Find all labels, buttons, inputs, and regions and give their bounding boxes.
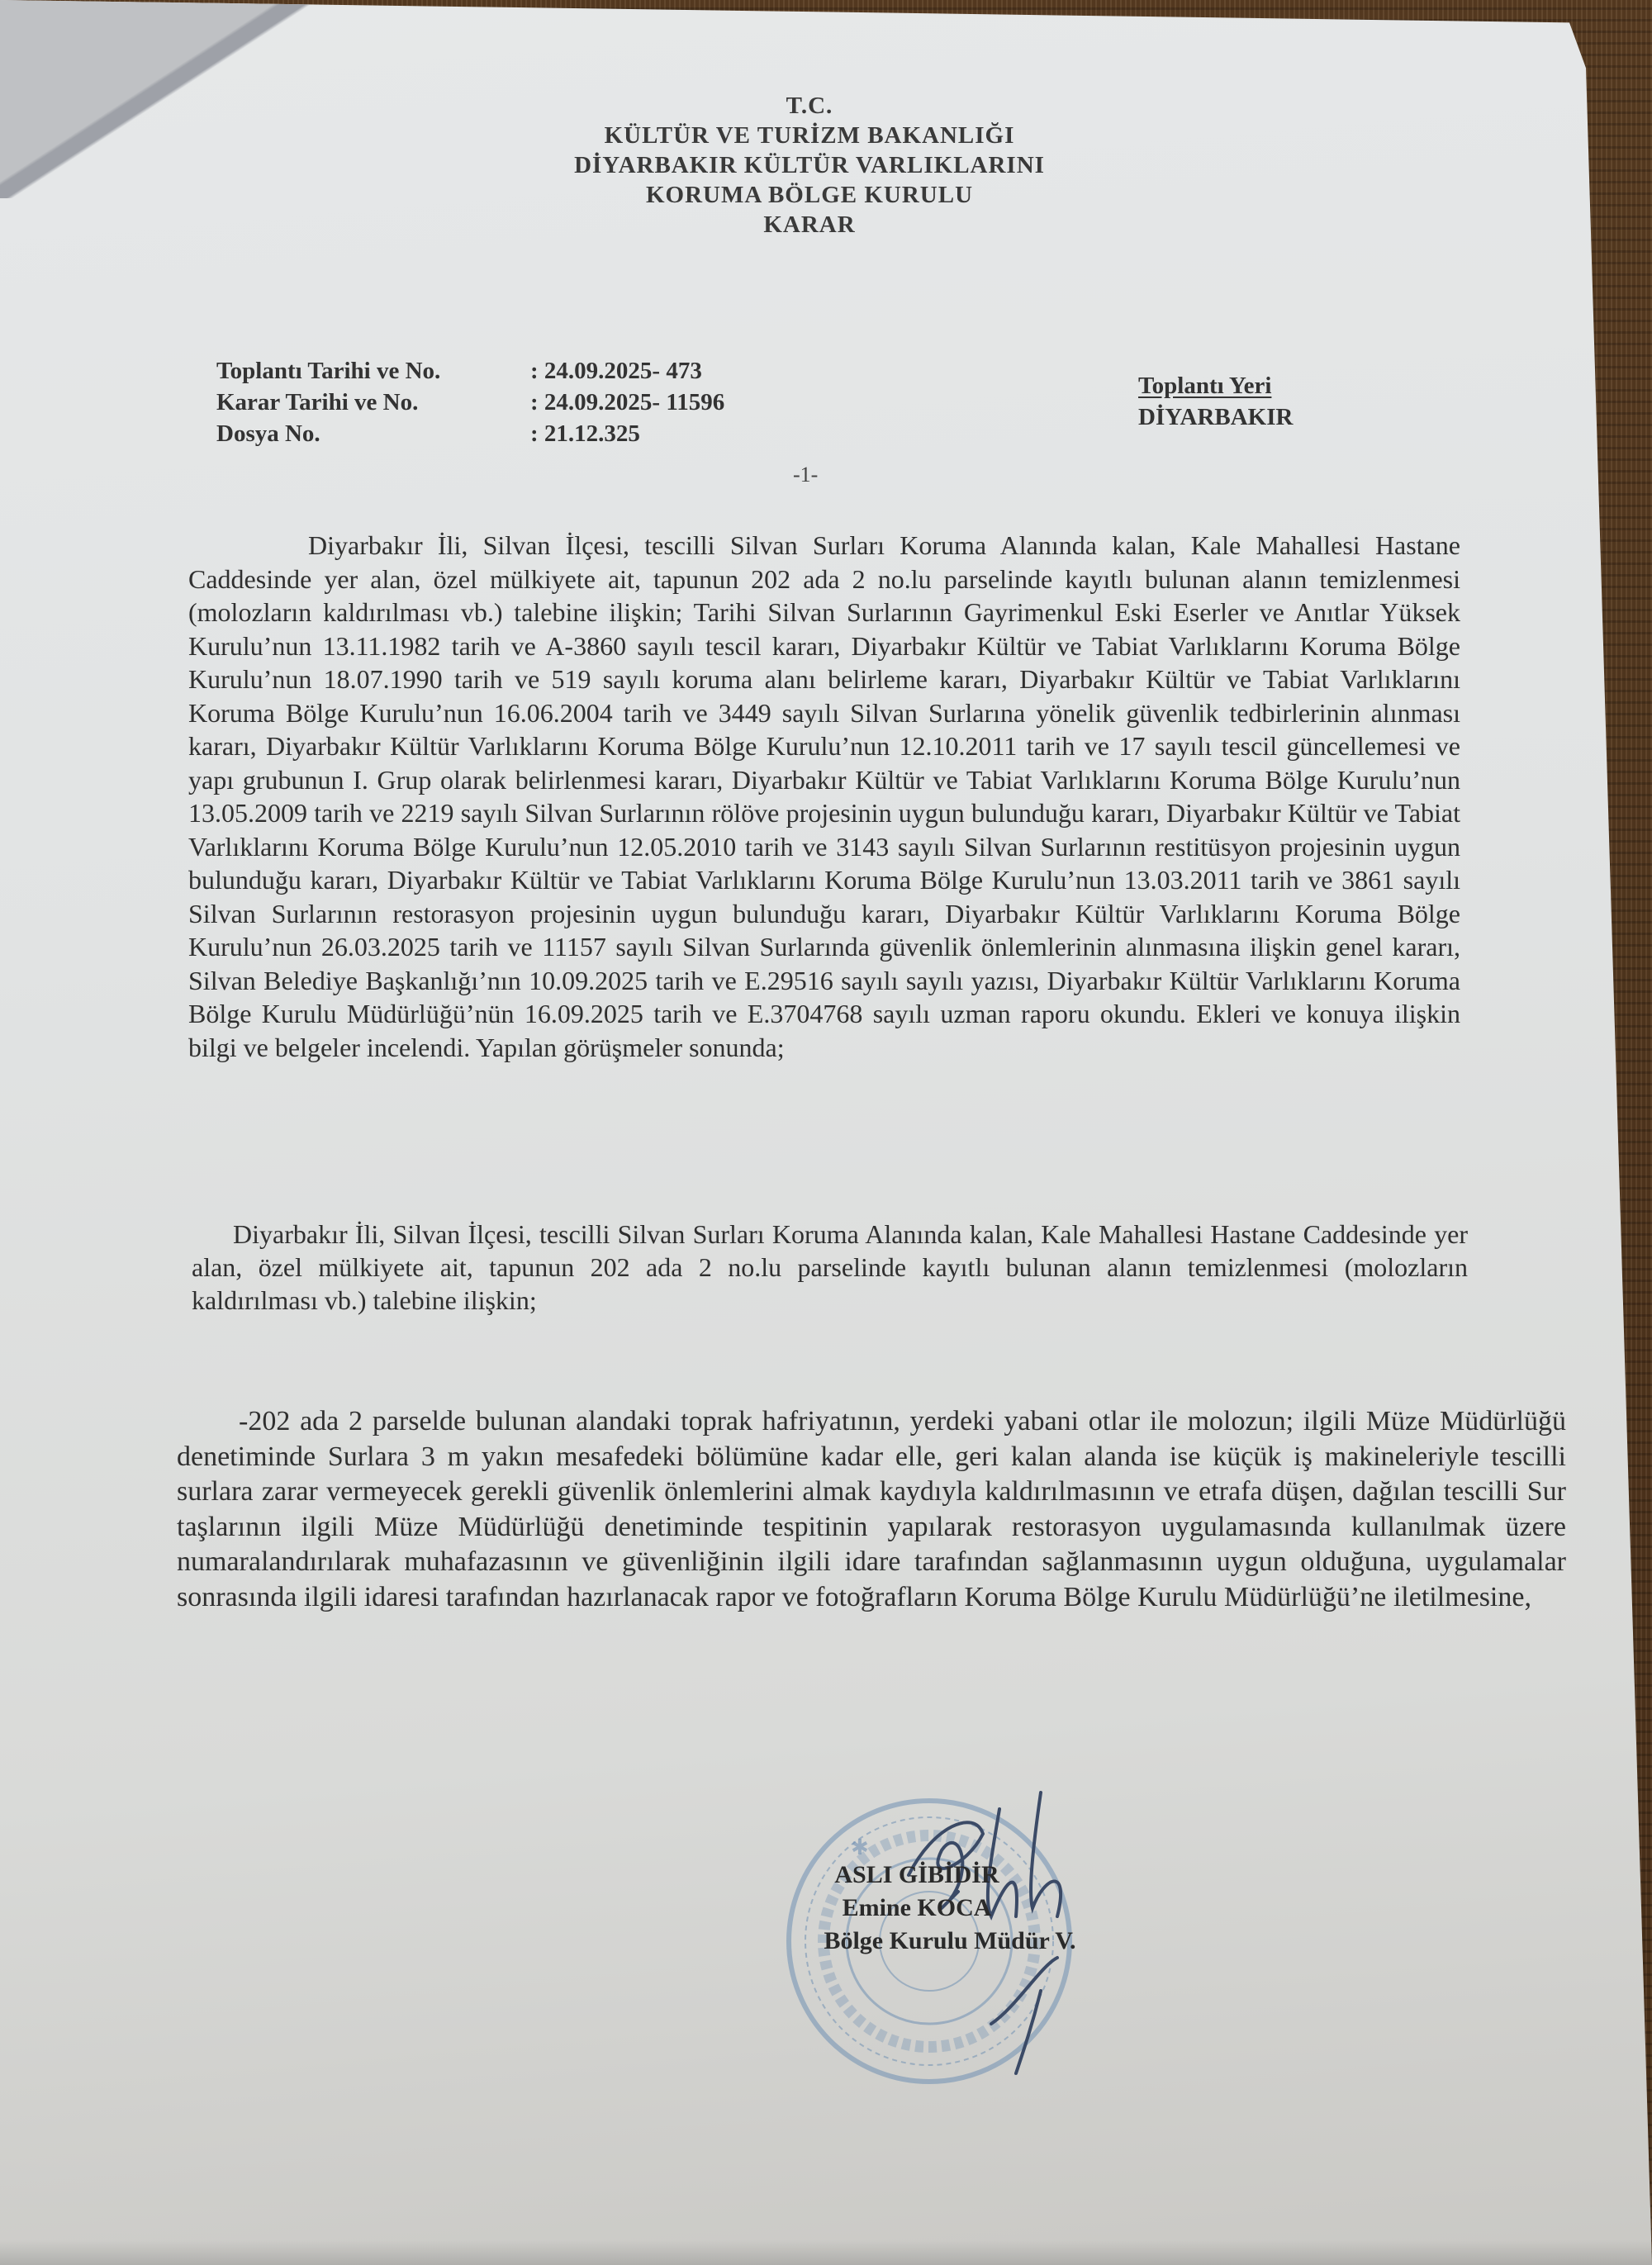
meeting-place-label: Toplantı Yeri	[1138, 370, 1293, 401]
meeting-place: Toplantı Yeri DİYARBAKIR	[1138, 370, 1293, 433]
signature-block: ASLI GİBİDİR Emine KOCA Bölge Kurulu Müd…	[727, 1859, 1173, 1958]
meeting-metadata: Toplantı Tarihi ve No. : 24.09.2025- 473…	[216, 355, 724, 449]
meta-value: : 21.12.325	[530, 418, 640, 449]
svg-text:✱: ✱	[851, 1835, 869, 1860]
meta-value: : 24.09.2025- 473	[530, 355, 702, 387]
meta-label: Toplantı Tarihi ve No.	[216, 355, 530, 387]
meta-value: : 24.09.2025- 11596	[530, 387, 724, 418]
header-line-karar: KARAR	[0, 210, 1635, 240]
certified-copy-label: ASLI GİBİDİR	[694, 1859, 1140, 1892]
paragraph-subject: Diyarbakır İli, Silvan İlçesi, tescilli …	[192, 1218, 1468, 1317]
meta-label: Karar Tarihi ve No.	[216, 387, 530, 418]
header-line-council-1: DİYARBAKIR KÜLTÜR VARLIKLARINI	[0, 150, 1635, 180]
meta-row-file: Dosya No. : 21.12.325	[216, 418, 724, 449]
document-page: T.C. KÜLTÜR VE TURİZM BAKANLIĞI DİYARBAK…	[0, 0, 1652, 2265]
signatory-name: Emine KOCA	[694, 1892, 1140, 1925]
meta-row-decision: Karar Tarihi ve No. : 24.09.2025- 11596	[216, 387, 724, 418]
document-header: T.C. KÜLTÜR VE TURİZM BAKANLIĞI DİYARBAK…	[0, 91, 1652, 240]
meeting-place-value: DİYARBAKIR	[1138, 401, 1293, 433]
paragraph-decision: -202 ada 2 parselde bulunan alandaki top…	[177, 1404, 1566, 1615]
signatory-title: Bölge Kurulu Müdür V.	[727, 1925, 1173, 1958]
header-line-ministry: KÜLTÜR VE TURİZM BAKANLIĞI	[0, 121, 1635, 150]
paragraph-background: Diyarbakır İli, Silvan İlçesi, tescilli …	[188, 529, 1460, 1064]
page-number: -1-	[793, 463, 818, 487]
page-bottom-shadow	[0, 2240, 1652, 2265]
meta-row-meeting: Toplantı Tarihi ve No. : 24.09.2025- 473	[216, 355, 724, 387]
header-line-tc: T.C.	[0, 91, 1635, 121]
meta-label: Dosya No.	[216, 418, 530, 449]
header-line-council-2: KORUMA BÖLGE KURULU	[0, 180, 1635, 210]
